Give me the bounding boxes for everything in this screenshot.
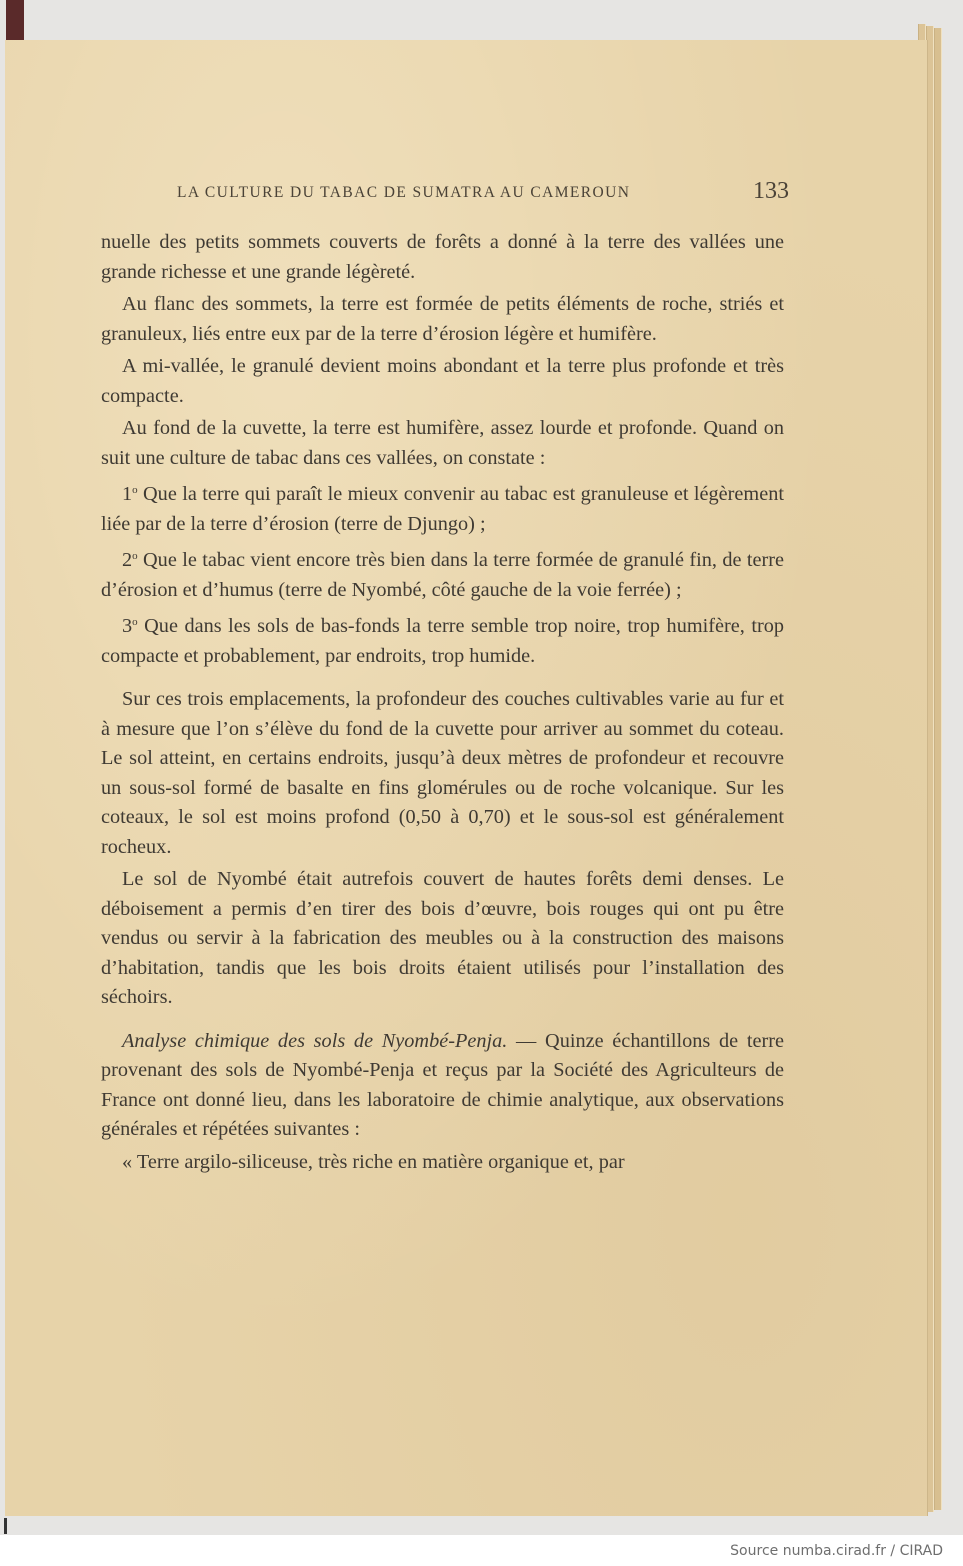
paragraph: Analyse chimique des sols de Nyombé-Penj… bbox=[101, 1027, 784, 1145]
paragraph: nuelle des petits sommets couverts de fo… bbox=[101, 228, 784, 287]
paragraph: Au fond de la cuvette, la terre est humi… bbox=[101, 414, 784, 473]
ordinal-mark: o bbox=[132, 616, 138, 628]
list-item: 2o Que le tabac vient encore très bien d… bbox=[101, 542, 784, 605]
section-run-in-heading: Analyse chimique des sols de Nyombé-Penj… bbox=[122, 1030, 507, 1052]
list-item: 1o Que la terre qui paraît le mieux conv… bbox=[101, 476, 784, 539]
list-number: 3 bbox=[122, 615, 132, 637]
paragraph-text: nuelle des petits sommets couverts de fo… bbox=[101, 231, 784, 283]
paragraph-text: Le sol de Nyombé était autrefois couvert… bbox=[101, 868, 784, 1008]
source-credit: Source numba.cirad.fr / CIRAD bbox=[730, 1543, 943, 1559]
ordinal-mark: o bbox=[132, 484, 138, 496]
running-title: LA CULTURE DU TABAC DE SUMATRA AU CAMERO… bbox=[177, 184, 630, 202]
list-item: 3o Que dans les sols de bas-fonds la ter… bbox=[101, 608, 784, 671]
running-head: LA CULTURE DU TABAC DE SUMATRA AU CAMERO… bbox=[177, 178, 789, 208]
spine-line bbox=[4, 1518, 7, 1534]
book-spine-mark bbox=[6, 0, 24, 42]
page-number: 133 bbox=[753, 178, 789, 205]
list-item-text: Que dans les sols de bas-fonds la terre … bbox=[101, 615, 784, 667]
paragraph: Au flanc des sommets, la terre est formé… bbox=[101, 290, 784, 349]
list-item-text: Que le tabac vient encore très bien dans… bbox=[101, 549, 784, 601]
ordinal-mark: o bbox=[132, 550, 138, 562]
paragraph-text: Au flanc des sommets, la terre est formé… bbox=[101, 293, 784, 345]
paragraph-text: Sur ces trois emplacements, la profondeu… bbox=[101, 688, 784, 858]
em-dash: — bbox=[507, 1030, 545, 1052]
paragraph: Le sol de Nyombé était autrefois couvert… bbox=[101, 865, 784, 1013]
list-item-text: Que la terre qui paraît le mieux conveni… bbox=[101, 483, 784, 535]
paragraph: Sur ces trois emplacements, la profondeu… bbox=[101, 685, 784, 862]
paragraph: « Terre argilo-siliceuse, très riche en … bbox=[101, 1148, 784, 1178]
paragraph: A mi-vallée, le granulé devient moins ab… bbox=[101, 352, 784, 411]
list-number: 2 bbox=[122, 549, 132, 571]
paragraph-text: « Terre argilo-siliceuse, très riche en … bbox=[122, 1151, 625, 1173]
list-number: 1 bbox=[122, 483, 132, 505]
paragraph-text: Au fond de la cuvette, la terre est humi… bbox=[101, 417, 784, 469]
page-edge bbox=[926, 26, 934, 1512]
body-text: nuelle des petits sommets couverts de fo… bbox=[101, 228, 784, 1180]
paragraph-text: A mi-vallée, le granulé devient moins ab… bbox=[101, 355, 784, 407]
page-edge bbox=[934, 28, 942, 1510]
